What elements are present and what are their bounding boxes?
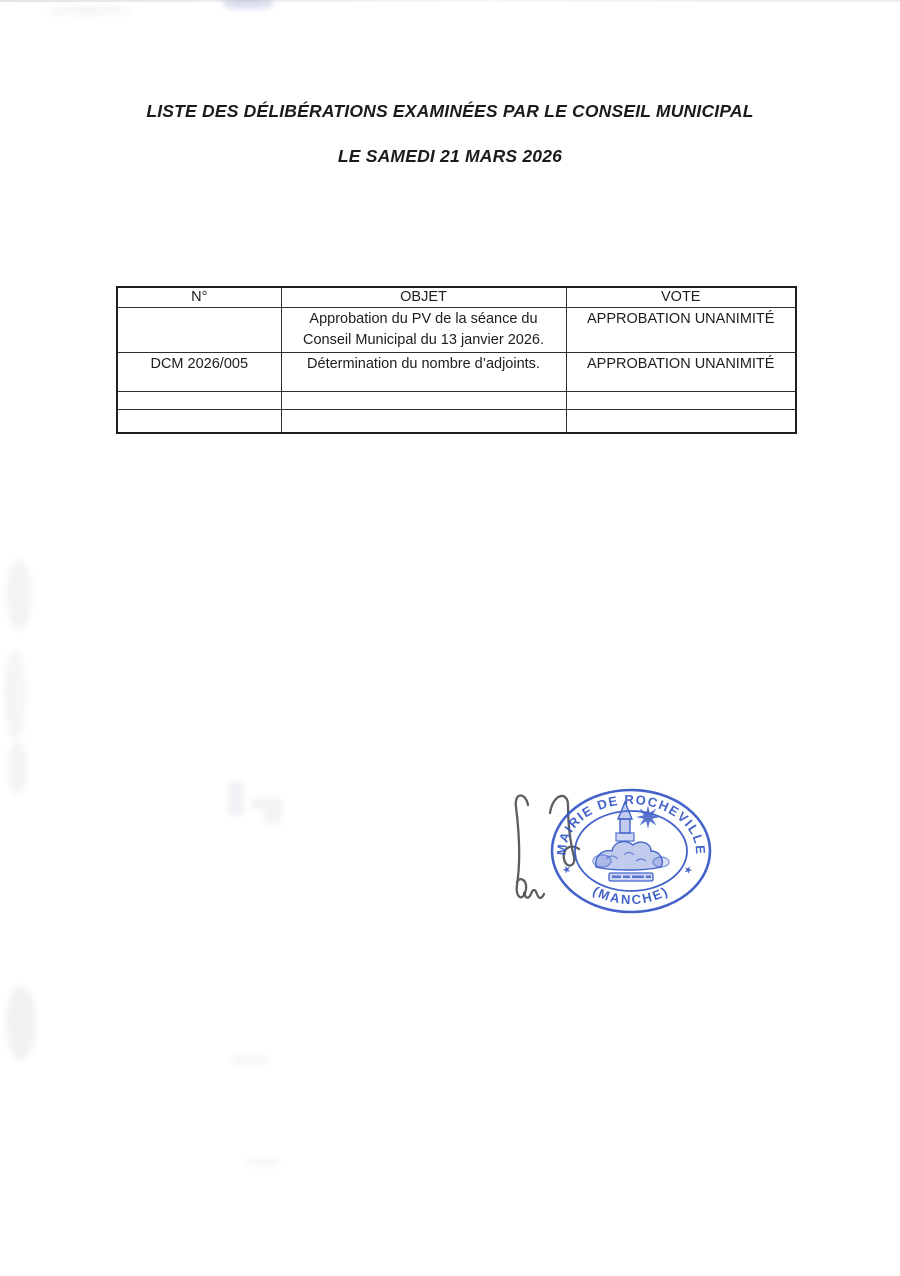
deliberations-table: N° OBJET VOTE Approbation du PV de la sé… xyxy=(116,286,797,434)
star-icon: ★ xyxy=(561,863,573,877)
column-header-vote: VOTE xyxy=(566,287,796,308)
signature-stroke xyxy=(524,890,544,898)
cell-numero xyxy=(117,392,281,410)
scan-smudge xyxy=(48,7,133,15)
document-date-line: LE SAMEDI 21 MARS 2026 xyxy=(0,146,900,167)
cell-numero xyxy=(117,308,281,353)
cell-objet xyxy=(281,392,566,410)
signature-stroke xyxy=(516,796,528,898)
column-header-numero: N° xyxy=(117,287,281,308)
cell-objet: Détermination du nombre d’adjoints. xyxy=(281,353,566,392)
table-row xyxy=(117,410,796,434)
scan-smudge xyxy=(4,650,26,740)
scan-smudge xyxy=(6,560,32,630)
cell-numero xyxy=(117,410,281,434)
cell-vote xyxy=(566,410,796,434)
foliage-icon xyxy=(653,857,669,867)
monument-icon xyxy=(616,833,634,841)
cell-numero: DCM 2026/005 xyxy=(117,353,281,392)
cell-vote xyxy=(566,392,796,410)
cell-vote: APPROBATION UNANIMITÉ xyxy=(566,308,796,353)
monument-icon xyxy=(620,819,630,833)
stamp-emblem xyxy=(593,802,669,881)
star-burst-icon xyxy=(636,805,660,829)
official-stamp: MAIRIE DE ROCHEVILLE (MANCHE) ★ ★ xyxy=(546,787,716,917)
scan-smudge xyxy=(8,740,28,795)
scan-edge-artifact xyxy=(0,0,900,2)
table-row: DCM 2026/005 Détermination du nombre d’a… xyxy=(117,353,796,392)
scan-smudge xyxy=(230,1055,270,1065)
cell-objet xyxy=(281,410,566,434)
scanned-document-page: LISTE DES DÉLIBÉRATIONS EXAMINÉES PAR LE… xyxy=(0,0,900,1276)
table-row xyxy=(117,392,796,410)
table-row: Approbation du PV de la séance du Consei… xyxy=(117,308,796,353)
scan-smudge xyxy=(228,782,244,816)
stamp-bottom-textpath: (MANCHE) xyxy=(590,883,671,907)
scan-smudge xyxy=(264,797,282,825)
cell-objet: Approbation du PV de la séance du Consei… xyxy=(281,308,566,353)
stamp-bottom-text: (MANCHE) xyxy=(590,883,671,907)
scan-smudge xyxy=(245,1158,281,1167)
scan-smudge xyxy=(6,985,36,1060)
column-header-objet: OBJET xyxy=(281,287,566,308)
cell-vote: APPROBATION UNANIMITÉ xyxy=(566,353,796,392)
table-header-row: N° OBJET VOTE xyxy=(117,287,796,308)
scan-smudge xyxy=(252,798,264,810)
document-title: LISTE DES DÉLIBÉRATIONS EXAMINÉES PAR LE… xyxy=(0,101,900,122)
